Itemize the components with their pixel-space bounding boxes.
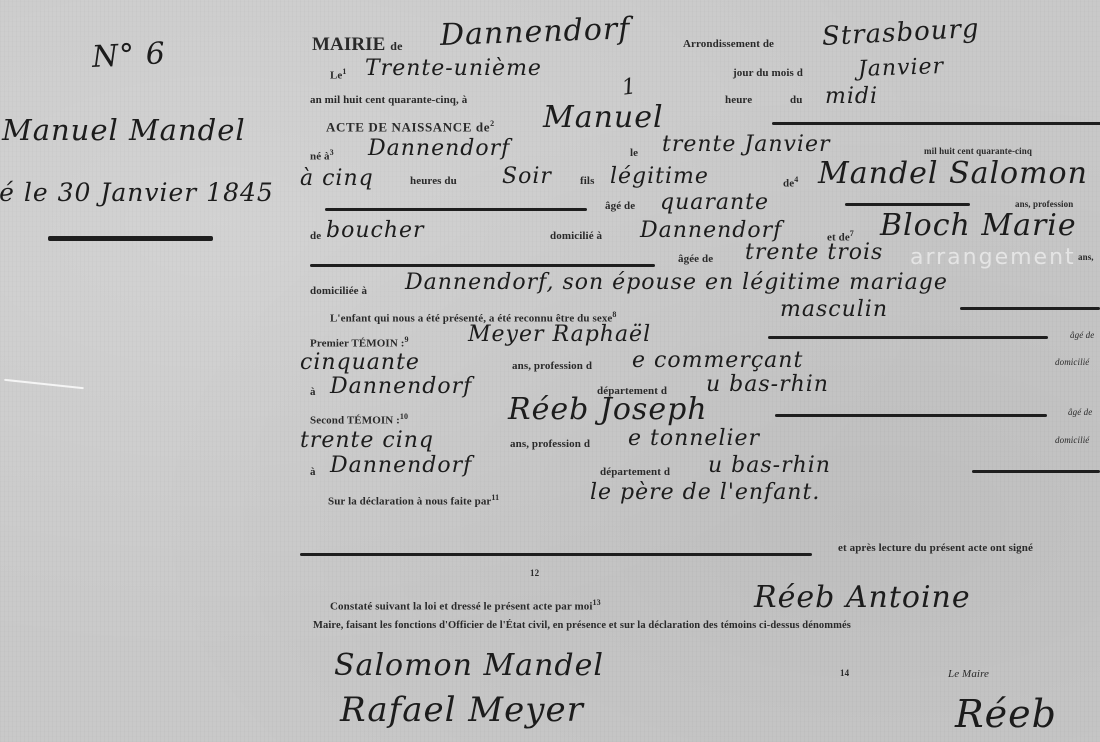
mother-domicile-label: domiciliée à [310,285,367,297]
heures-du-label: heures du [410,175,457,187]
father-age-label: âgé de [605,200,635,212]
watermark: arrangement [910,245,1076,270]
mother-age-value: trente trois [745,240,883,265]
note-14: 14 [840,668,849,678]
father-age-value: quarante [660,190,769,215]
sexe-rule [960,307,1100,310]
witness2-place-prefix: à [310,466,316,478]
father-prof-rule [845,203,970,206]
constate-label: Constaté suivant la loi et dressé le pré… [330,598,601,613]
margin-underline [48,236,213,241]
child-value: Manuel [543,100,664,135]
hour-value: 1 [620,74,638,101]
father-value: Mandel Salomon [818,156,1088,191]
witness1-place-prefix: à [310,386,316,398]
lecture-rule [300,553,812,556]
ne-label: né à3 [310,148,334,163]
witness1-profession-label: ans, profession d [512,360,592,372]
father-age-rule [325,208,587,211]
witness2-label: Second TÉMOIN :10 [310,412,408,427]
witness2-profession-label: ans, profession d [510,438,590,450]
du-label: du [790,94,802,106]
ans-label: ans, [1078,252,1094,262]
birthplace-value: Dannendorf [368,136,510,161]
jour-label: jour du mois d [733,67,803,79]
legitimacy-value: légitime [610,164,709,189]
father-signature: Salomon Mandel [334,648,604,683]
witness2-age-label: âgé de [1068,407,1092,417]
record-number: N° 6 [91,36,167,75]
witness1-age-label: âgé de [1070,330,1094,340]
note-12: 12 [530,568,539,578]
mairie-value: Dannendorf [439,11,630,53]
birth-certificate-page: N° 6 Manuel Mandel né le 30 Janvier 1845… [0,0,1100,742]
father-de-label: de4 [783,175,798,190]
acte-label: ACTE DE NAISSANCE de2 [326,119,495,135]
witness1-rule [768,336,1048,339]
witness1-name: Meyer Raphaël [468,322,651,347]
mother-value: Bloch Marie [880,208,1077,243]
margin-child-name: Manuel Mandel [2,113,246,147]
witness2-profession: e tonnelier [628,426,760,451]
month-value: Janvier [858,54,945,82]
paper-scratch [4,379,84,389]
witness1-profession: e commerçant [632,348,803,373]
witness2-age: trente cinq [300,428,434,453]
witness1-place: Dannendorf [330,374,472,399]
arrondissement-label: Arrondissement de [683,38,774,50]
sexe-value: masculin [780,297,888,322]
witness1-label: Premier TÉMOIN :9 [310,335,409,350]
declaration-label: Sur la déclaration à nous faite par11 [328,493,499,508]
witness1-domicile-label: domicilié [1055,357,1089,367]
margin-birth-note: né le 30 Janvier 1845 [0,178,274,207]
witness2-rule [775,414,1047,417]
father-domicile-label: domicilié à [550,230,602,242]
witness2-domicile-label: domicilié [1055,435,1089,445]
heure-label: heure [725,94,752,106]
fils-label: fils [580,175,594,187]
le2-label: le [630,147,638,159]
witness2-dept-label: département d [600,466,670,478]
father-profession-value: boucher [326,218,425,243]
acte-rule [772,122,1100,125]
witness2-name: Réeb Joseph [508,392,708,427]
day-value: Trente-unième [365,56,542,81]
birthdate-value: trente Janvier [662,132,831,157]
hour2-value: à cinq [300,166,374,191]
officer-value: Réeb Antoine [754,580,971,615]
time-value: midi [825,84,878,109]
witness2-place: Dannendorf [330,453,472,478]
witness1-dept: u bas-rhin [706,372,829,397]
year2-label: mil huit cent quarante-cinq [924,146,1032,156]
arrondissement-value: Strasbourg [821,14,980,52]
prof-de-label: de [310,230,321,242]
mairie-label: MAIRIE de [312,34,403,56]
witness2-dept-rule [972,470,1100,473]
le-label: Le1 [330,67,347,82]
period-value: Soir [502,164,552,189]
mother-age-rule [310,264,655,267]
le-maire-label: Le Maire [948,668,989,680]
witness-signature: Rafael Meyer [340,690,584,730]
year-label: an mil huit cent quarante-cinq, à [310,94,467,106]
maire-function-line: Maire, faisant les fonctions d'Officier … [313,620,851,631]
mother-age-label: âgée de [678,253,713,265]
witness1-age: cinquante [300,350,420,375]
mother-domicile-value: Dannendorf, son épouse en légitime maria… [405,270,948,295]
witness2-dept: u bas-rhin [708,453,831,478]
declaration-value: le père de l'enfant. [590,480,820,505]
lecture-label: et après lecture du présent acte ont sig… [838,542,1033,554]
mayor-signature: Réeb [955,692,1057,736]
